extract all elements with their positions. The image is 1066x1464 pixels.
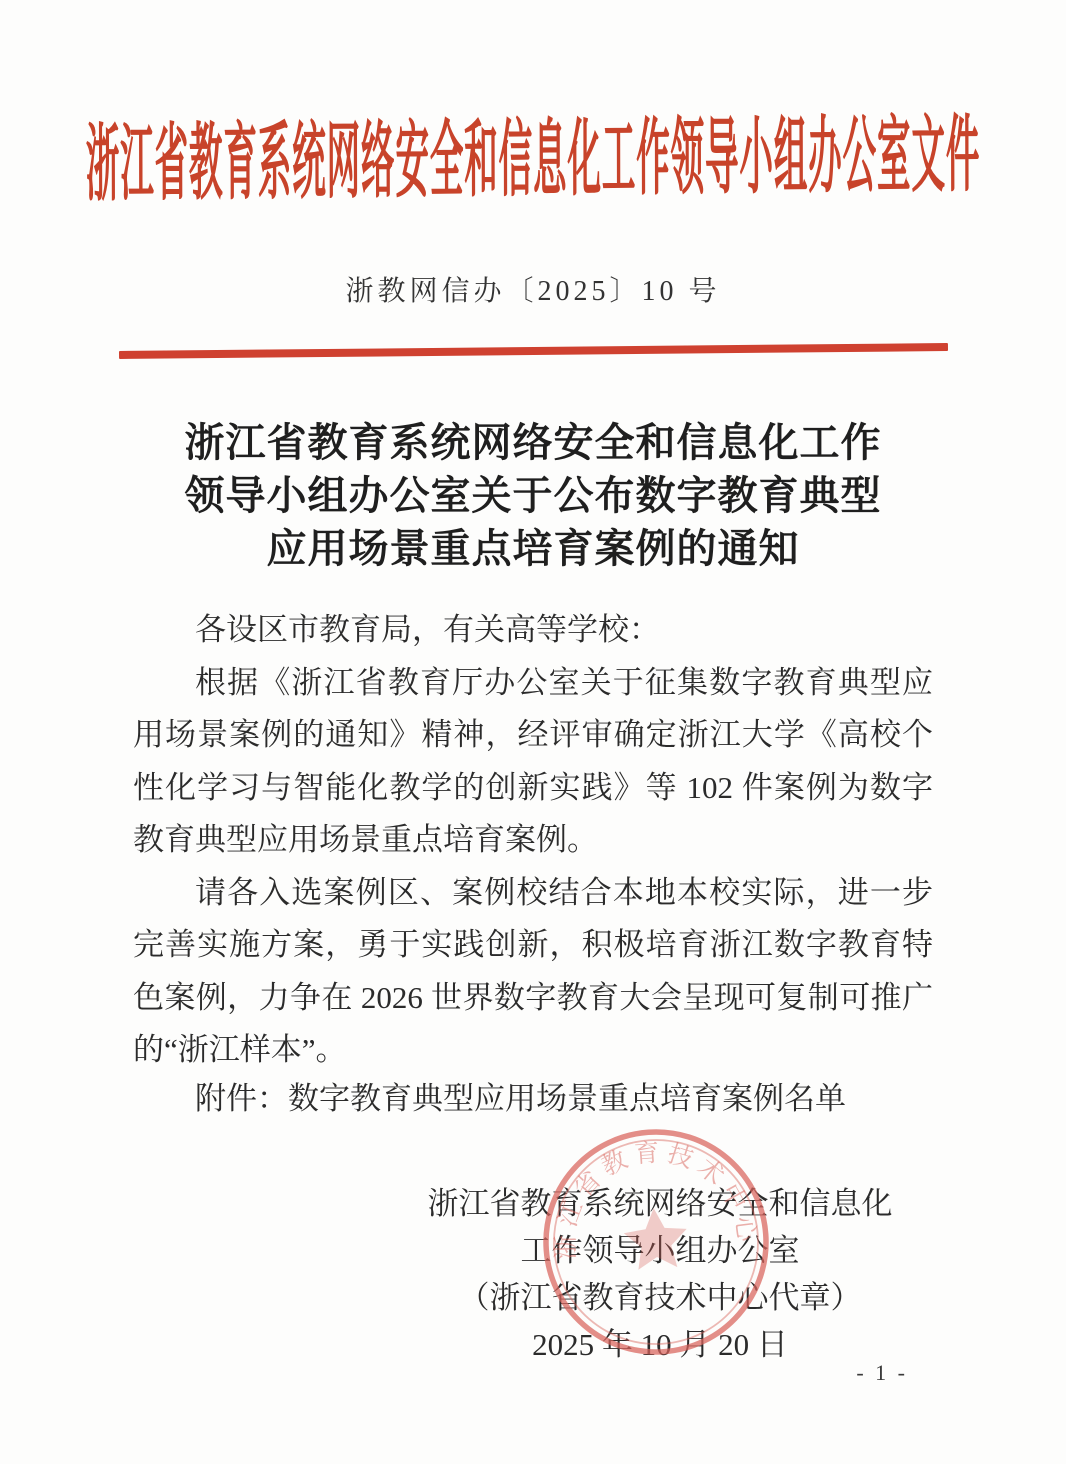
document-page: 浙江省教育系统网络安全和信息化工作领导小组办公室文件 浙教网信办〔2025〕10… (0, 0, 1066, 1464)
salutation-line: 各设区市教育局，有关高等学校： (133, 604, 933, 657)
document-title: 浙江省教育系统网络安全和信息化工作 领导小组办公室关于公布数字教育典型 应用场景… (0, 416, 1066, 575)
issuer-name-line-2: 工作领导小组办公室 (400, 1227, 920, 1274)
page-number: - 1 - (856, 1360, 908, 1386)
document-title-line-2: 领导小组办公室关于公布数字教育典型 (0, 469, 1066, 522)
issue-date: 2025 年 10 月 20 日 (400, 1321, 920, 1368)
letterhead-divider-rule (119, 343, 948, 359)
document-title-line-3: 应用场景重点培育案例的通知 (0, 522, 1066, 575)
document-body: 各设区市教育局，有关高等学校： 根据《浙江省教育厅办公室关于征集数字教育典型应用… (133, 604, 933, 1077)
document-number: 浙教网信办〔2025〕10 号 (0, 270, 1066, 314)
body-paragraph-1: 根据《浙江省教育厅办公室关于征集数字教育典型应用场景案例的通知》精神，经评审确定… (133, 657, 933, 867)
letterhead-title: 浙江省教育系统网络安全和信息化工作领导小组办公室文件 (86, 101, 981, 221)
document-title-line-1: 浙江省教育系统网络安全和信息化工作 (0, 416, 1066, 469)
issuer-name-line-3: （浙江省教育技术中心代章） (400, 1274, 920, 1321)
issuer-name-line-1: 浙江省教育系统网络安全和信息化 (400, 1180, 920, 1227)
signature-block: 浙江省教育系统网络安全和信息化 工作领导小组办公室 （浙江省教育技术中心代章） … (400, 1180, 920, 1368)
attachment-reference: 附件：数字教育典型应用场景重点培育案例名单 (133, 1073, 933, 1125)
body-paragraph-2: 请各入选案例区、案例校结合本地本校实际，进一步完善实施方案，勇于实践创新，积极培… (133, 867, 933, 1077)
